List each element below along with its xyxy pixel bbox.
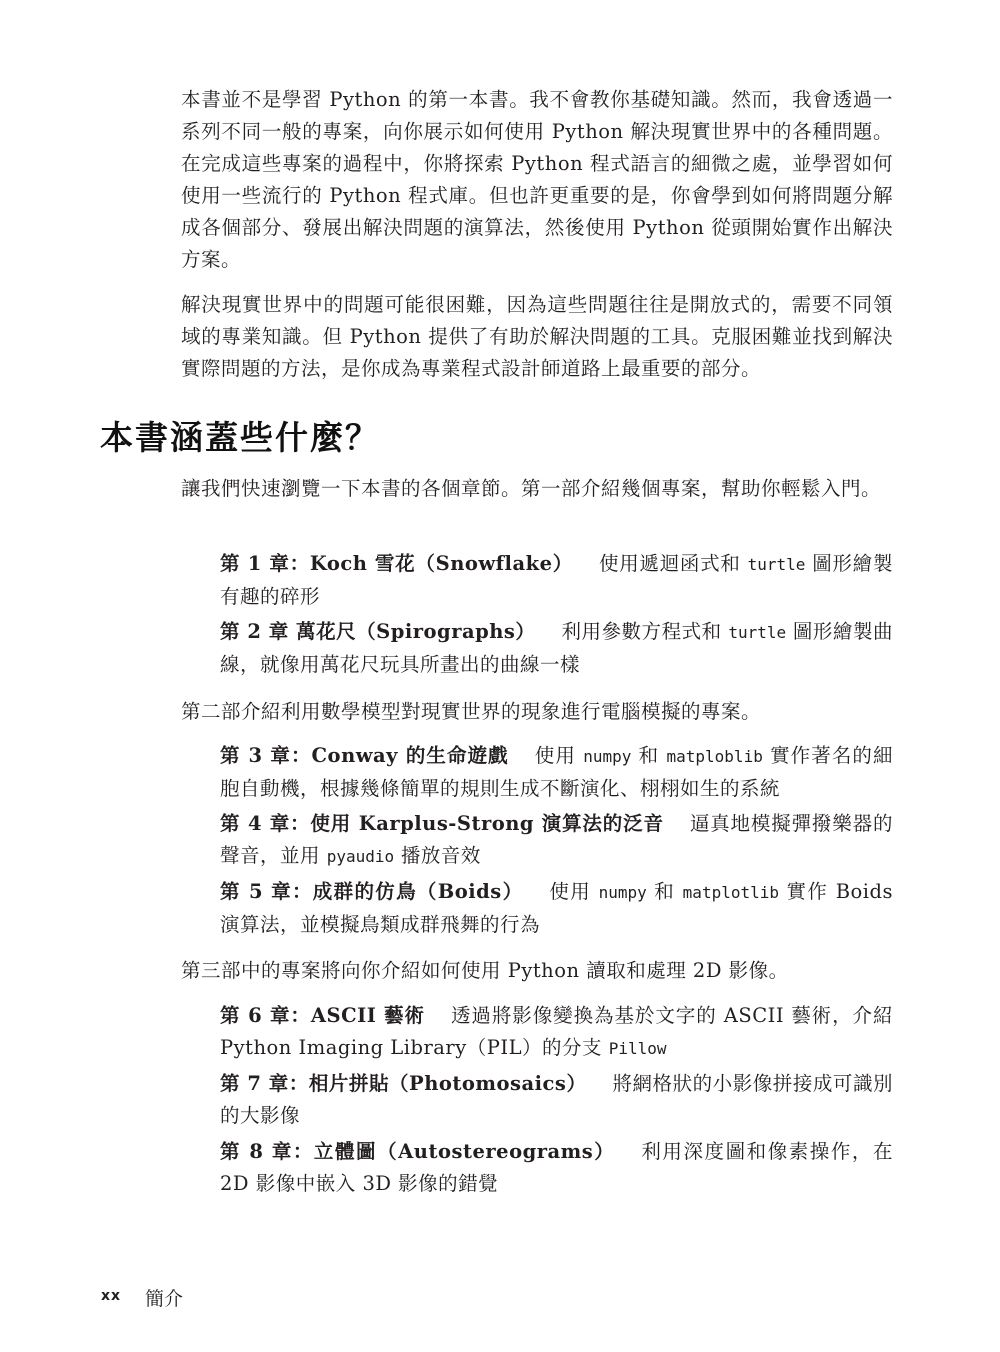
chapter-desc: 使用: [549, 880, 598, 903]
page-number: xx: [101, 1288, 121, 1304]
chapter-entry-3: 第 3 章：Conway 的生命遊戲使用 numpy 和 matploblib …: [220, 740, 893, 805]
part3-intro-paragraph: 第三部中的專案將向你介紹如何使用 Python 讀取和處理 2D 影像。: [181, 955, 893, 987]
chapter-entry-2: 第 2 章 萬花尺（Spirographs）利用參數方程式和 turtle 圖形…: [220, 616, 893, 681]
chapter-title: 第 4 章：使用 Karplus-Strong 演算法的泛音: [220, 812, 664, 835]
overview-paragraph: 讓我們快速瀏覽一下本書的各個章節。第一部介紹幾個專案，幫助你輕鬆入門。: [181, 473, 893, 505]
chapter-desc: 使用遞迴函式和: [599, 552, 748, 575]
chapter-desc: 利用參數方程式和: [561, 620, 728, 643]
code-term: matplotlib: [683, 883, 779, 902]
chapter-desc: 和: [631, 744, 666, 767]
chapter-entry-7: 第 7 章：相片拼貼（Photomosaics）將網格狀的小影像拼接成可識別的大…: [220, 1068, 893, 1132]
chapter-title: 第 2 章 萬花尺（Spirographs）: [220, 620, 535, 643]
intro-paragraph-2: 解決現實世界中的問題可能很困難，因為這些問題往往是開放式的，需要不同領域的專業知…: [181, 289, 893, 385]
chapter-desc: 使用: [535, 744, 583, 767]
chapter-title: 第 5 章：成群的仿鳥（Boids）: [220, 880, 523, 903]
chapter-entry-5: 第 5 章：成群的仿鳥（Boids）使用 numpy 和 matplotlib …: [220, 876, 893, 941]
running-footer-title: 簡介: [145, 1284, 183, 1311]
chapter-entry-6: 第 6 章：ASCII 藝術透過將影像變換為基於文字的 ASCII 藝術，介紹 …: [220, 1000, 893, 1065]
part2-intro-paragraph: 第二部介紹利用數學模型對現實世界的現象進行電腦模擬的專案。: [181, 696, 893, 728]
code-term: numpy: [583, 747, 631, 766]
chapter-title: 第 7 章：相片拼貼（Photomosaics）: [220, 1072, 586, 1095]
code-term: Pillow: [609, 1039, 667, 1058]
chapter-title: 第 6 章：ASCII 藝術: [220, 1004, 425, 1027]
code-term: pyaudio: [327, 847, 394, 866]
chapter-entry-4: 第 4 章：使用 Karplus-Strong 演算法的泛音逼真地模擬彈撥樂器的…: [220, 808, 893, 873]
chapter-desc: 播放音效: [394, 844, 481, 867]
code-term: matploblib: [667, 747, 763, 766]
book-page: 本書並不是學習 Python 的第一本書。我不會教你基礎知識。然而，我會透過一系…: [0, 0, 1000, 1352]
section-heading: 本書涵蓋些什麼？: [100, 416, 380, 460]
chapter-title: 第 3 章：Conway 的生命遊戲: [220, 744, 509, 767]
intro-paragraph-1: 本書並不是學習 Python 的第一本書。我不會教你基礎知識。然而，我會透過一系…: [181, 84, 893, 276]
chapter-title: 第 1 章：Koch 雪花（Snowflake）: [220, 552, 573, 575]
chapter-entry-8: 第 8 章：立體圖（Autostereograms）利用深度圖和像素操作，在 2…: [220, 1136, 893, 1200]
code-term: turtle: [748, 555, 806, 574]
chapter-entry-1: 第 1 章：Koch 雪花（Snowflake）使用遞迴函式和 turtle 圖…: [220, 548, 893, 613]
code-term: turtle: [728, 623, 786, 642]
chapter-title: 第 8 章：立體圖（Autostereograms）: [220, 1140, 615, 1163]
chapter-desc: 和: [647, 880, 683, 903]
code-term: numpy: [599, 883, 647, 902]
